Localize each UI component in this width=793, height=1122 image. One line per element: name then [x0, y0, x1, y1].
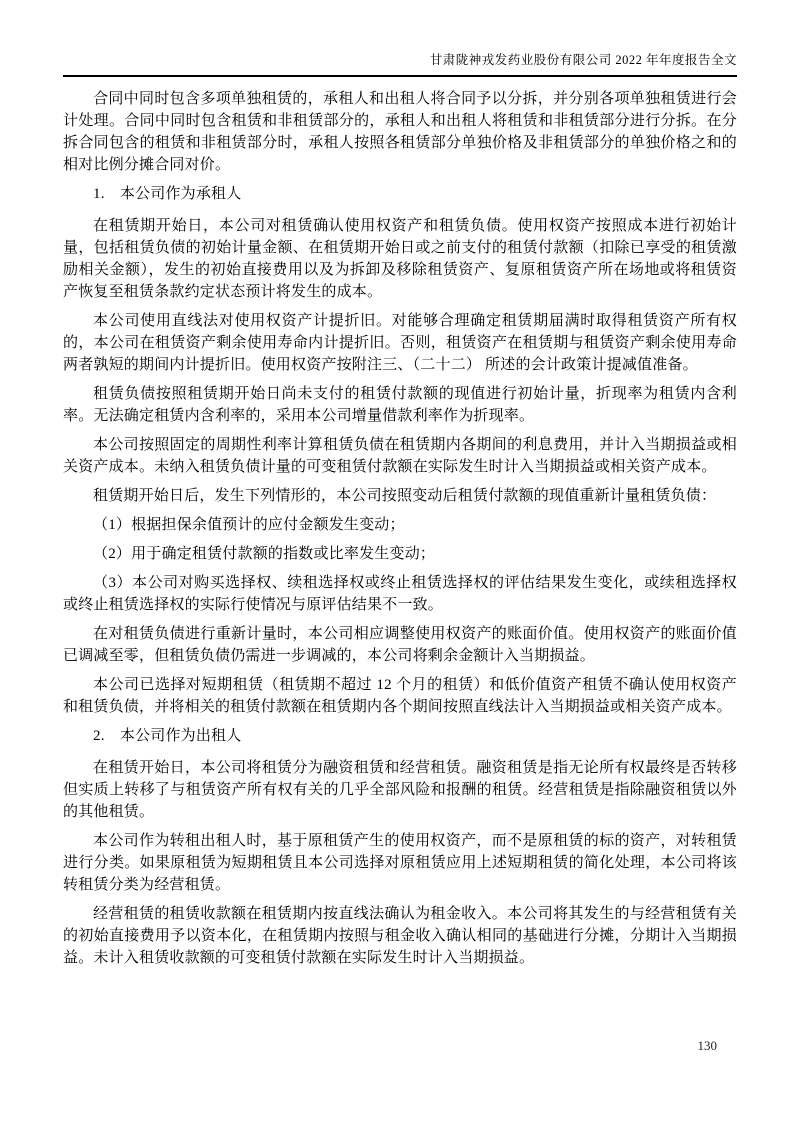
report-page: 甘肃陇神戎发药业股份有限公司 2022 年年度报告全文 合同中同时包含多项单独租… — [0, 0, 793, 1122]
list-item-index-or-rate-change: （2）用于确定租赁付款额的指数或比率发生变动； — [63, 543, 737, 565]
paragraph-remeasurement-adjustment: 在对租赁负债进行重新计量时，本公司相应调整使用权资产的账面价值。使用权资产的账面… — [63, 623, 737, 667]
paragraph-lease-liability-initial-measurement: 租赁负债按照租赁期开始日尚未支付的租赁付款额的现值进行初始计量，折现率为租赁内含… — [63, 383, 737, 427]
section-heading-as-lessor: 2. 本公司作为出租人 — [63, 725, 737, 747]
document-body: 合同中同时包含多项单独租赁的，承租人和出租人将合同予以分拆，并分别各项单独租赁进… — [63, 88, 737, 976]
page-footer: 130 — [698, 1038, 718, 1054]
paragraph-rou-asset-initial-measurement: 在租赁期开始日，本公司对租赁确认使用权资产和租赁负债。使用权资产按照成本进行初始… — [63, 215, 737, 303]
list-item-option-assessment-change: （3）本公司对购买选择权、续租选择权或终止租赁选择权的评估结果发生变化，或续租选… — [63, 572, 737, 616]
paragraph-sublease-classification: 本公司作为转租出租人时，基于原租赁产生的使用权资产，而不是原租赁的标的资产，对转… — [63, 830, 737, 896]
paragraph-remeasurement-intro: 租赁期开始日后，发生下列情形的，本公司按照变动后租赁付款额的现值重新计量租赁负债… — [63, 485, 737, 507]
report-header-title: 甘肃陇神戎发药业股份有限公司 2022 年年度报告全文 — [430, 53, 737, 67]
paragraph-rou-asset-depreciation: 本公司使用直线法对使用权资产计提折旧。对能够合理确定租赁期届满时取得租赁资产所有… — [63, 310, 737, 376]
page-number: 130 — [698, 1038, 718, 1053]
paragraph-lease-classification: 在租赁开始日，本公司将租赁分为融资租赁和经营租赁。融资租赁是指无论所有权最终是否… — [63, 757, 737, 823]
list-item-guaranteed-residual-value: （1）根据担保余值预计的应付金额发生变动； — [63, 514, 737, 536]
paragraph-operating-lease-income: 经营租赁的租赁收款额在租赁期内按直线法确认为租金收入。本公司将其发生的与经营租赁… — [63, 903, 737, 969]
section-heading-as-lessee: 1. 本公司作为承租人 — [63, 183, 737, 205]
page-header: 甘肃陇神戎发药业股份有限公司 2022 年年度报告全文 — [63, 52, 737, 77]
paragraph-contract-lease-split: 合同中同时包含多项单独租赁的，承租人和出租人将合同予以分拆，并分别各项单独租赁进… — [63, 88, 737, 176]
paragraph-interest-expense: 本公司按照固定的周期性利率计算租赁负债在租赁期内各期间的利息费用，并计入当期损益… — [63, 434, 737, 478]
paragraph-short-term-low-value-lease: 本公司已选择对短期租赁（租赁期不超过 12 个月的租赁）和低价值资产租赁不确认使… — [63, 674, 737, 718]
